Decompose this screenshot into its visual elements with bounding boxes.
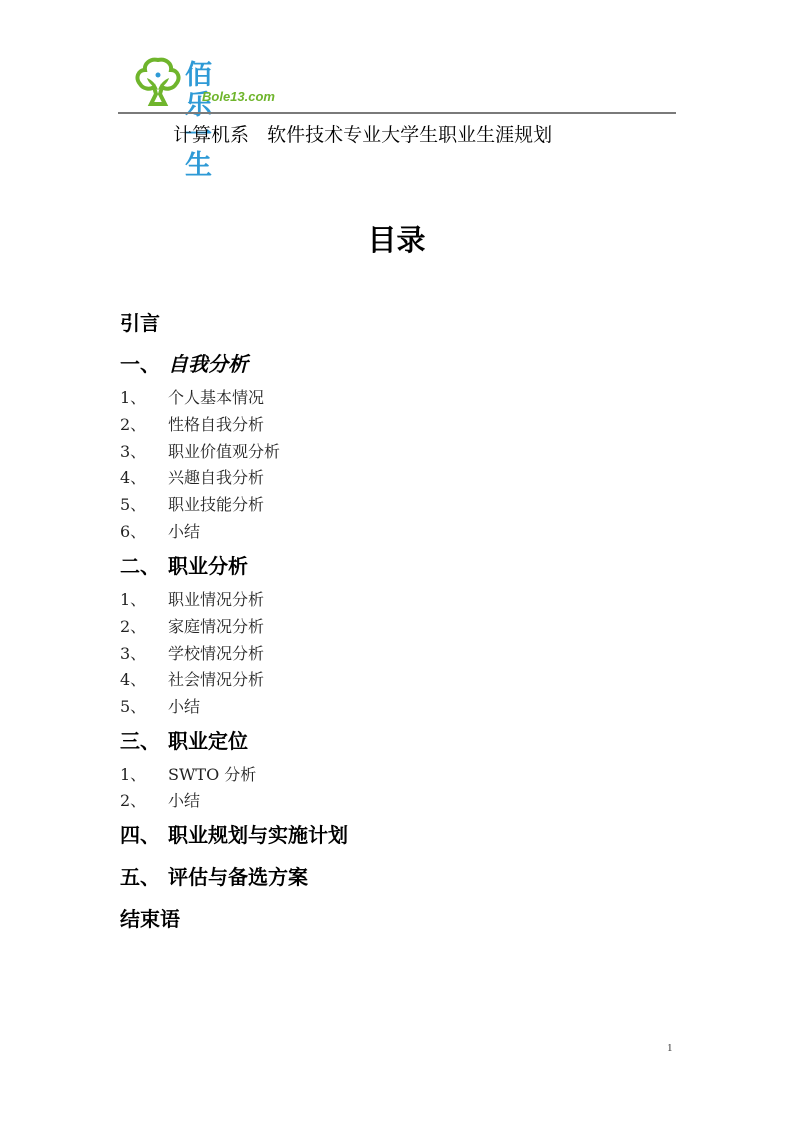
toc-section-1[interactable]: 一、自我分析 <box>120 351 248 377</box>
toc-item[interactable]: 1、职业情况分析 <box>120 589 264 611</box>
tree-logo-icon <box>134 56 182 108</box>
header-divider <box>118 112 676 114</box>
item-number: 5、 <box>120 696 168 718</box>
item-label: 职业技能分析 <box>168 495 264 514</box>
item-label: 职业情况分析 <box>168 590 264 609</box>
toc-section-5[interactable]: 五、评估与备选方案 <box>120 864 308 890</box>
item-label: 学校情况分析 <box>168 644 264 663</box>
toc-item[interactable]: 1、SWTO 分析 <box>120 764 256 786</box>
section-label: 自我分析 <box>168 352 248 376</box>
section-number: 四、 <box>120 822 168 848</box>
item-number: 4、 <box>120 467 168 489</box>
item-number: 2、 <box>120 790 168 812</box>
item-label: 兴趣自我分析 <box>168 468 264 487</box>
item-number: 1、 <box>120 387 168 409</box>
toc-item[interactable]: 1、个人基本情况 <box>120 387 264 409</box>
page-number: 1 <box>667 1042 673 1054</box>
toc-item[interactable]: 6、小结 <box>120 521 200 543</box>
section-number: 一、 <box>120 351 168 377</box>
toc-section-3[interactable]: 三、职业定位 <box>120 728 248 754</box>
toc-title: 目录 <box>0 222 793 258</box>
section-number: 五、 <box>120 864 168 890</box>
item-label: 职业价值观分析 <box>168 442 280 461</box>
document-title: 计算机系 软件技术专业大学生职业生涯规划 <box>173 122 552 148</box>
item-label: 小结 <box>168 697 200 716</box>
toc-closing-label: 结束语 <box>120 907 180 931</box>
toc-item[interactable]: 3、职业价值观分析 <box>120 441 280 463</box>
toc-item[interactable]: 2、小结 <box>120 790 200 812</box>
section-label: 职业规划与实施计划 <box>168 823 348 847</box>
section-number: 二、 <box>120 553 168 579</box>
item-label: 家庭情况分析 <box>168 617 264 636</box>
toc-item[interactable]: 5、小结 <box>120 696 200 718</box>
logo-name-en: Bole13.com <box>202 90 275 104</box>
item-label: 个人基本情况 <box>168 388 264 407</box>
toc-closing[interactable]: 结束语 <box>120 906 180 932</box>
item-number: 5、 <box>120 494 168 516</box>
item-number: 3、 <box>120 441 168 463</box>
section-label: 评估与备选方案 <box>168 865 308 889</box>
toc-intro-label: 引言 <box>120 311 160 335</box>
logo-name-cn: 佰乐一生 <box>185 61 211 181</box>
document-page: 佰乐一生 Bole13.com 计算机系 软件技术专业大学生职业生涯规划 目录 … <box>0 0 793 1122</box>
item-number: 6、 <box>120 521 168 543</box>
item-label: 性格自我分析 <box>168 415 264 434</box>
item-number: 1、 <box>120 589 168 611</box>
toc-item[interactable]: 4、兴趣自我分析 <box>120 467 264 489</box>
item-label: 小结 <box>168 522 200 541</box>
item-number: 3、 <box>120 643 168 665</box>
toc-item[interactable]: 5、职业技能分析 <box>120 494 264 516</box>
toc-section-2[interactable]: 二、职业分析 <box>120 553 248 579</box>
item-label: 小结 <box>168 791 200 810</box>
item-number: 2、 <box>120 414 168 436</box>
toc-item[interactable]: 4、社会情况分析 <box>120 669 264 691</box>
toc-item[interactable]: 2、性格自我分析 <box>120 414 264 436</box>
toc-item[interactable]: 2、家庭情况分析 <box>120 616 264 638</box>
item-number: 4、 <box>120 669 168 691</box>
item-number: 1、 <box>120 764 168 786</box>
section-label: 职业定位 <box>168 729 248 753</box>
section-number: 三、 <box>120 728 168 754</box>
section-label: 职业分析 <box>168 554 248 578</box>
toc-section-4[interactable]: 四、职业规划与实施计划 <box>120 822 348 848</box>
toc-item[interactable]: 3、学校情况分析 <box>120 643 264 665</box>
item-label: 社会情况分析 <box>168 670 264 689</box>
toc-intro[interactable]: 引言 <box>120 310 160 336</box>
item-label: SWTO 分析 <box>168 765 256 784</box>
item-number: 2、 <box>120 616 168 638</box>
